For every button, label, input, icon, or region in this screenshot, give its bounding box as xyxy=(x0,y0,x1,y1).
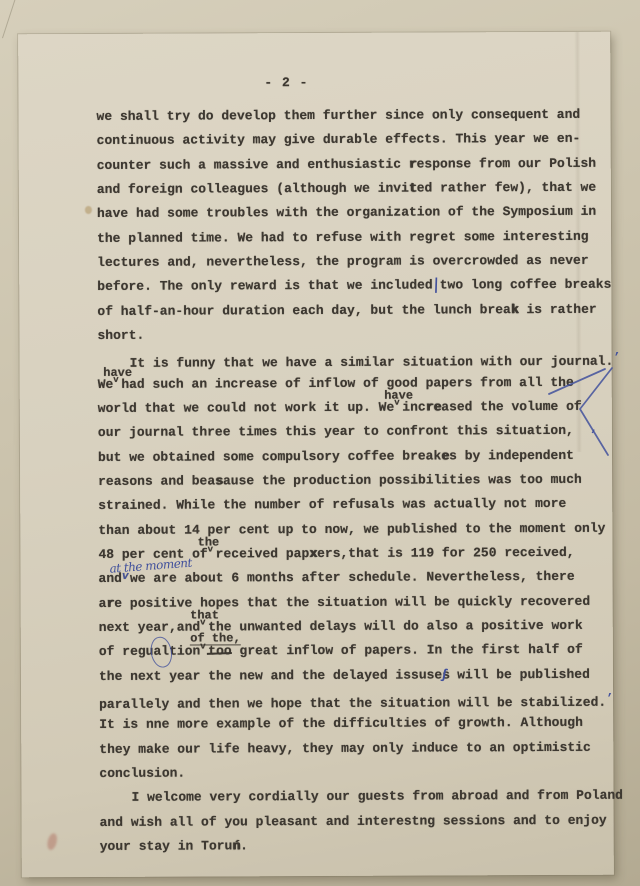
pen-tick-mark: ’ xyxy=(613,351,620,365)
typed-text: of half-an-hour duration each day, but t… xyxy=(97,302,511,319)
typed-text: they make our life heavy, they may only … xyxy=(99,739,591,756)
pen-tick-mark: ’ xyxy=(606,692,613,706)
pen-insertion-bar: | xyxy=(432,271,440,302)
typed-text: It is funny that we have a similar situa… xyxy=(130,354,614,371)
typed-text: lectures and, nevertheless, the program … xyxy=(97,253,589,270)
typed-text: the unwanted delays will do also a posit… xyxy=(208,618,583,635)
typed-text: . xyxy=(240,838,248,853)
typed-line: strained. While the number of refusals w… xyxy=(98,492,603,519)
typed-line: It is funny that we have a similar situa… xyxy=(98,346,603,373)
overtyped-text: s xyxy=(215,473,223,488)
handwritten-insertion: at the momentv xyxy=(122,581,130,582)
typed-text: but we obtained some compulsory coffee b… xyxy=(98,448,441,464)
typed-line: parallely and then we hope that the situ… xyxy=(99,687,604,714)
typed-line: I welcome very cordially our guests from… xyxy=(99,784,604,811)
typed-text: received pap xyxy=(216,546,310,561)
typed-text: I welcome very cordially our guests from… xyxy=(131,788,623,805)
typed-text: will be published xyxy=(449,666,590,682)
typed-text: two long coffee breaks xyxy=(440,277,612,293)
typed-text: and wish all of you pleasant and interes… xyxy=(100,812,607,829)
typed-text: e positive hopes that the situation will… xyxy=(114,593,590,610)
typed-line: reasons and beasause the production poss… xyxy=(98,468,603,495)
typed-insertion: havev xyxy=(394,410,402,411)
typed-text: had such an increase of inflow of good p… xyxy=(121,374,574,391)
caret-mark: v xyxy=(200,643,205,652)
typed-text: we shall try do develop them further sin… xyxy=(96,107,580,124)
overtyped-text: re xyxy=(426,399,442,414)
typed-text: your stay in Toru xyxy=(100,838,233,854)
typed-line: and wish all of you pleasant and interes… xyxy=(100,808,605,835)
typed-line: of half-an-hour duration each day, but t… xyxy=(97,297,602,324)
page-number: - 2 - xyxy=(264,75,308,90)
typed-text: next year,and xyxy=(99,619,200,634)
typed-line: the next year the new and the delayed is… xyxy=(99,662,604,689)
paper-speck xyxy=(85,206,92,214)
typed-text: It is nne more example of the difficulti… xyxy=(99,715,583,732)
typed-text: s by independent xyxy=(449,447,574,463)
typed-line: continuous activity may give durable eff… xyxy=(97,127,602,154)
typed-text: have had some troubles with the organiza… xyxy=(97,204,596,221)
typed-text: ased the volume of xyxy=(441,399,582,415)
overtyped-text: e xyxy=(441,448,449,463)
typed-line: we shall try do develop them further sin… xyxy=(96,103,601,130)
overtyped-text: r xyxy=(409,156,417,171)
backing-sheet-corner-line xyxy=(2,0,37,38)
red-ink-smudge xyxy=(46,832,59,851)
typed-line: conclusion. xyxy=(99,760,604,787)
typed-line: andat the momentvwe are about 6 months a… xyxy=(98,565,603,592)
typed-text: tion xyxy=(169,644,200,659)
typed-text: before. The only reward is that we inclu… xyxy=(97,278,433,294)
typed-line: our journal three times this year to con… xyxy=(98,419,603,446)
caret-mark: v xyxy=(113,375,118,384)
typed-line: your stay in Toruń. xyxy=(100,833,605,860)
overtyped-text: r xyxy=(106,595,114,610)
typed-text: reasons and bea xyxy=(98,473,215,489)
typed-insertion: thatv xyxy=(200,629,208,630)
typed-line: It is nne more example of the difficulti… xyxy=(99,711,604,738)
typed-text-block: we shall try do develop them further sin… xyxy=(96,103,604,859)
typed-text: ause the production possibilities was to… xyxy=(223,472,582,489)
typed-line: than about 14 per cent up to now, we pub… xyxy=(98,516,603,543)
typed-line: of regualtionof the,vtoo great inflow of… xyxy=(99,638,604,665)
caret-mark: v xyxy=(394,399,399,408)
typed-line: they make our life heavy, they may only … xyxy=(99,735,604,762)
typed-line: but we obtained some compulsory coffee b… xyxy=(98,443,603,470)
typed-insertion: havev xyxy=(113,386,121,387)
typed-line: and foreign colleagues (although we invi… xyxy=(97,176,602,203)
typed-text: counter such a massive and enthusiastic xyxy=(97,156,409,172)
typed-text: short. xyxy=(97,328,144,343)
typed-text: parallely and then we hope that the situ… xyxy=(99,695,606,712)
typed-line: before. The only reward is that we inclu… xyxy=(97,273,602,300)
typed-text: and foreign colleagues (although we invi xyxy=(97,181,409,197)
typed-text: ers,that is 119 for 250 received, xyxy=(317,545,575,561)
typed-line: are positive hopes that the situation wi… xyxy=(99,589,604,616)
typed-text: great inflow of papers. In the first hal… xyxy=(232,642,583,659)
typed-line: short. xyxy=(97,322,602,349)
typed-text: esponse from our Polish xyxy=(417,155,597,171)
typed-line: world that we could not work it up. Weha… xyxy=(98,395,603,422)
typed-text: we are about 6 months after schedule. Ne… xyxy=(130,569,575,586)
typed-line: counter such a massive and enthusiastic … xyxy=(97,151,602,178)
typed-text: ed rather few), that we xyxy=(417,180,597,196)
struck-out-text: too xyxy=(208,640,232,664)
overtyped-text: x xyxy=(309,546,317,561)
typed-insertion: thev xyxy=(208,556,216,557)
typed-text: the next year the new and the delayed is… xyxy=(99,667,450,684)
typed-text: our journal three times this year to con… xyxy=(98,423,574,440)
typed-text: conclusion. xyxy=(99,765,185,780)
typed-text: the planned time. We had to refuse with … xyxy=(97,228,589,245)
caret-mark: v xyxy=(200,618,205,627)
typed-line: Wehavevhad such an increase of inflow of… xyxy=(98,370,603,397)
typed-line: have had some troubles with the organiza… xyxy=(97,200,602,227)
typed-text: continuous activity may give durable eff… xyxy=(97,131,581,148)
overtyped-text: t xyxy=(409,181,417,196)
typed-line: lectures and, nevertheless, the program … xyxy=(97,249,602,276)
typed-text: of regu xyxy=(99,644,154,659)
pen-circled-text: al xyxy=(153,640,169,664)
typed-line: the planned time. We had to refuse with … xyxy=(97,224,602,251)
typed-text: than about 14 per cent up to now, we pub… xyxy=(98,520,605,537)
caret-mark: v xyxy=(122,573,129,582)
typed-line: next year,andthatvthe unwanted delays wi… xyxy=(99,614,604,641)
scanned-typewritten-page-photo: { "colors": { "paper": "#d8d1bf", "backi… xyxy=(0,0,640,886)
typed-text: world that we could not work it up. We xyxy=(98,400,395,416)
pen-apostrophe-mark: ’ xyxy=(591,428,596,443)
paper-sheet: - 2 - we shall try do develop them furth… xyxy=(18,32,614,878)
caret-mark: v xyxy=(208,545,213,554)
typed-text: a xyxy=(99,595,107,610)
typed-text: strained. While the number of refusals w… xyxy=(98,496,566,513)
typed-text: is rather xyxy=(519,301,597,316)
